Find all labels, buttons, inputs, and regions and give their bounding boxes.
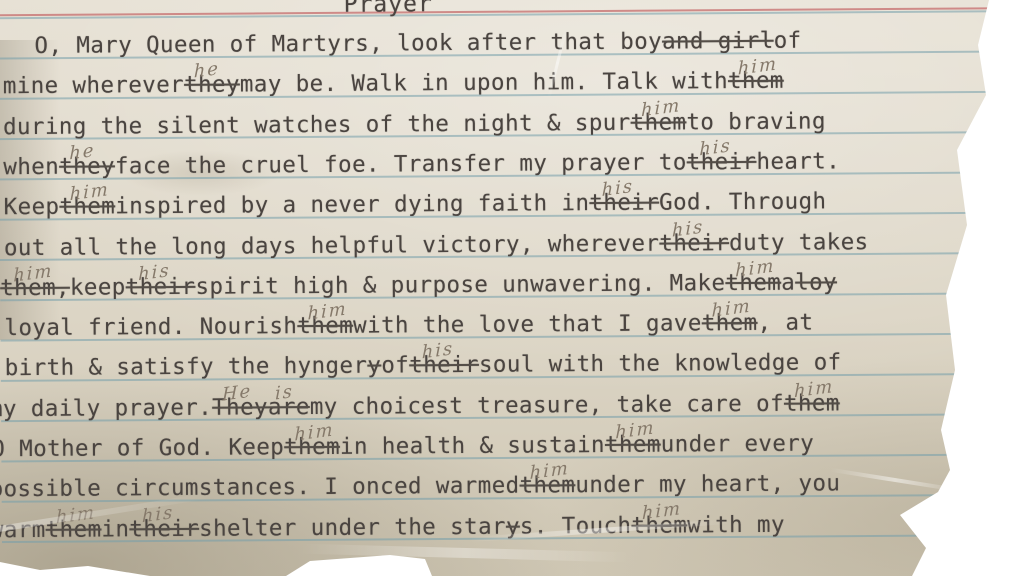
text-span: birth & satisfy the hynger [5,353,368,382]
text-span: O Mother of God. Keep [0,434,284,462]
paper-document: Prayer O, Mary Queen of Martyrs, look af… [0,0,1024,576]
handwritten-correction: him [615,414,655,446]
struck-word: themhim [46,516,102,543]
struck-word: them,him [0,275,70,302]
text-span: inspired by a never dying faith in [115,190,589,219]
text-span: duty takes [729,229,869,256]
struck-word: loy [795,269,837,296]
handwritten-correction: him [307,295,347,327]
struck-word: themhim [725,270,781,297]
handwritten-correction: him [738,50,778,82]
handwritten-correction: him [735,252,775,284]
typed-line: O Mother of God. Keep themhim in health … [0,431,814,464]
typed-text: mine wherever [3,72,184,100]
typed-text: soul with the knowledge of [479,350,842,380]
typed-text: when [3,154,59,181]
handwritten-correction: him [641,91,681,123]
text-span: spirit high & purpose unwavering. Make [195,270,725,300]
typed-text: Keep [4,194,60,221]
struck-word: y [367,353,381,380]
struck-word: themhim [784,390,840,417]
text-span: heart. [756,148,840,175]
strikethrough-text: y [367,353,381,379]
typed-line: warm themhim in theirhis shelter under t… [0,511,785,544]
handwritten-correction: him [56,499,96,531]
struck-word: and girl [662,28,774,56]
text-span: God. Through [659,189,827,216]
text-span: keep [70,274,126,300]
struck-word: themhim [59,194,115,221]
struck-word: theirhis [409,352,479,379]
strikethrough-text: loy [795,269,837,295]
text-span: s. Touch [520,512,632,539]
typed-text: God. Through [659,189,827,217]
typed-text: inspired by a never dying faith in [115,190,589,220]
struck-word: theirhis [129,515,199,542]
struck-word: theirhis [126,274,196,301]
handwritten-correction: his [672,213,705,244]
typed-line: loyal friend. Nourish themhim with the l… [4,310,813,343]
typed-text: under every [661,431,815,459]
strikethrough-text: and girl [662,28,774,55]
text-span: with the love that I gave [353,310,702,338]
typed-text: with my [687,511,785,539]
struck-word: TheyHe [212,394,268,421]
handwritten-correction: him [13,257,53,289]
struck-word: themhim [297,313,353,340]
typed-text: heart. [756,148,840,176]
text-span: soul with the knowledge of [479,350,842,379]
typed-text: duty takes [729,229,869,257]
text-span: to braving [686,108,826,135]
typed-text: , at [757,310,813,337]
text-span: under every [661,431,815,458]
text-span: Keep [4,194,60,220]
handwritten-correction: his [138,257,171,288]
text-span: with my [687,511,785,538]
struck-word: areis [268,394,310,421]
text-span: possible circumstances. I onced warmed [0,473,520,503]
text-span: of [381,353,409,379]
typed-text: under my heart, you [575,471,840,500]
typed-line: O, Mary Queen of Martyrs, look after tha… [34,28,801,60]
text-span: face the cruel foe. Transfer my prayer t… [115,149,687,179]
text-span: when [3,154,59,180]
text-span: in [101,516,129,542]
struck-word: themhim [519,473,575,500]
struck-word: themhim [605,432,661,459]
struck-word: theirhis [687,149,757,176]
text-span: my choicest treasure, take care of [310,390,784,419]
handwritten-correction: him [712,292,752,324]
struck-word: themhim [631,109,687,136]
handwritten-correction: his [422,335,455,366]
typed-text: face the cruel foe. Transfer my prayer t… [115,149,687,180]
typed-text: O Mother of God. Keep [0,434,284,463]
struck-word: theyhe [184,72,240,99]
handwritten-correction: his [142,498,175,529]
typed-text: a [781,269,795,296]
typed-text: to braving [686,108,826,136]
struck-word: themhim [728,68,784,95]
text-span: a [781,269,795,295]
handwritten-correction: he [194,55,220,86]
struck-word: theirhis [659,230,729,257]
text-span: O, Mary Queen of Martyrs, look after tha… [34,29,662,59]
typed-text: O, Mary Queen of Martyrs, look after tha… [34,29,662,60]
typed-text: birth & satisfy the hynger [5,353,368,383]
typed-text: warm [0,516,46,543]
text-span: , at [757,310,813,336]
struck-word: themhim [631,512,687,539]
struck-word: themhim [702,310,758,337]
handwritten-correction: him [641,494,681,526]
text-span: shelter under the star [199,513,506,541]
typed-text: my daily prayer. [0,394,212,423]
handwritten-correction: him [530,455,570,487]
text-span: mine wherever [3,72,184,99]
typed-text: out all the long days helpful victory, w… [4,230,660,262]
handwritten-correction: him [794,372,834,404]
handwritten-correction: him [69,176,109,208]
text-span: may be. Walk in upon him. Talk with [240,68,728,97]
typed-text: with the love that I gave [353,310,702,339]
handwritten-correction: him [294,416,334,448]
typed-text: possible circumstances. I onced warmed [0,473,520,504]
struck-word: theirhis [589,190,659,217]
struck-word: themhim [284,434,340,461]
text-span: during the silent watches of the night &… [3,109,631,139]
page-content: Prayer O, Mary Queen of Martyrs, look af… [0,0,1024,576]
strikethrough-text: y [506,513,520,539]
handwritten-correction: his [602,173,635,204]
text-span: out all the long days helpful victory, w… [4,230,660,261]
text-span: under my heart, you [575,471,840,499]
text-span: my daily prayer. [0,394,212,422]
typed-text: s. Touch [520,512,632,540]
handwritten-correction: he [69,137,95,168]
typed-text: during the silent watches of the night &… [3,109,631,140]
text-span: loyal friend. Nourish [4,313,297,341]
typed-text: keep [70,274,126,301]
handwritten-correction: his [699,132,732,163]
handwritten-correction: is [275,378,294,408]
typed-text: spirit high & purpose unwavering. Make [195,270,725,301]
typed-text: loyal friend. Nourish [4,313,297,342]
typed-text: shelter under the star [199,513,506,542]
typed-text: in [101,516,129,543]
struck-word: y [506,513,520,540]
typed-text: of [381,353,409,380]
text-span: warm [0,516,46,542]
handwritten-correction: He [222,377,252,408]
typed-text: my choicest treasure, take care of [310,390,784,420]
